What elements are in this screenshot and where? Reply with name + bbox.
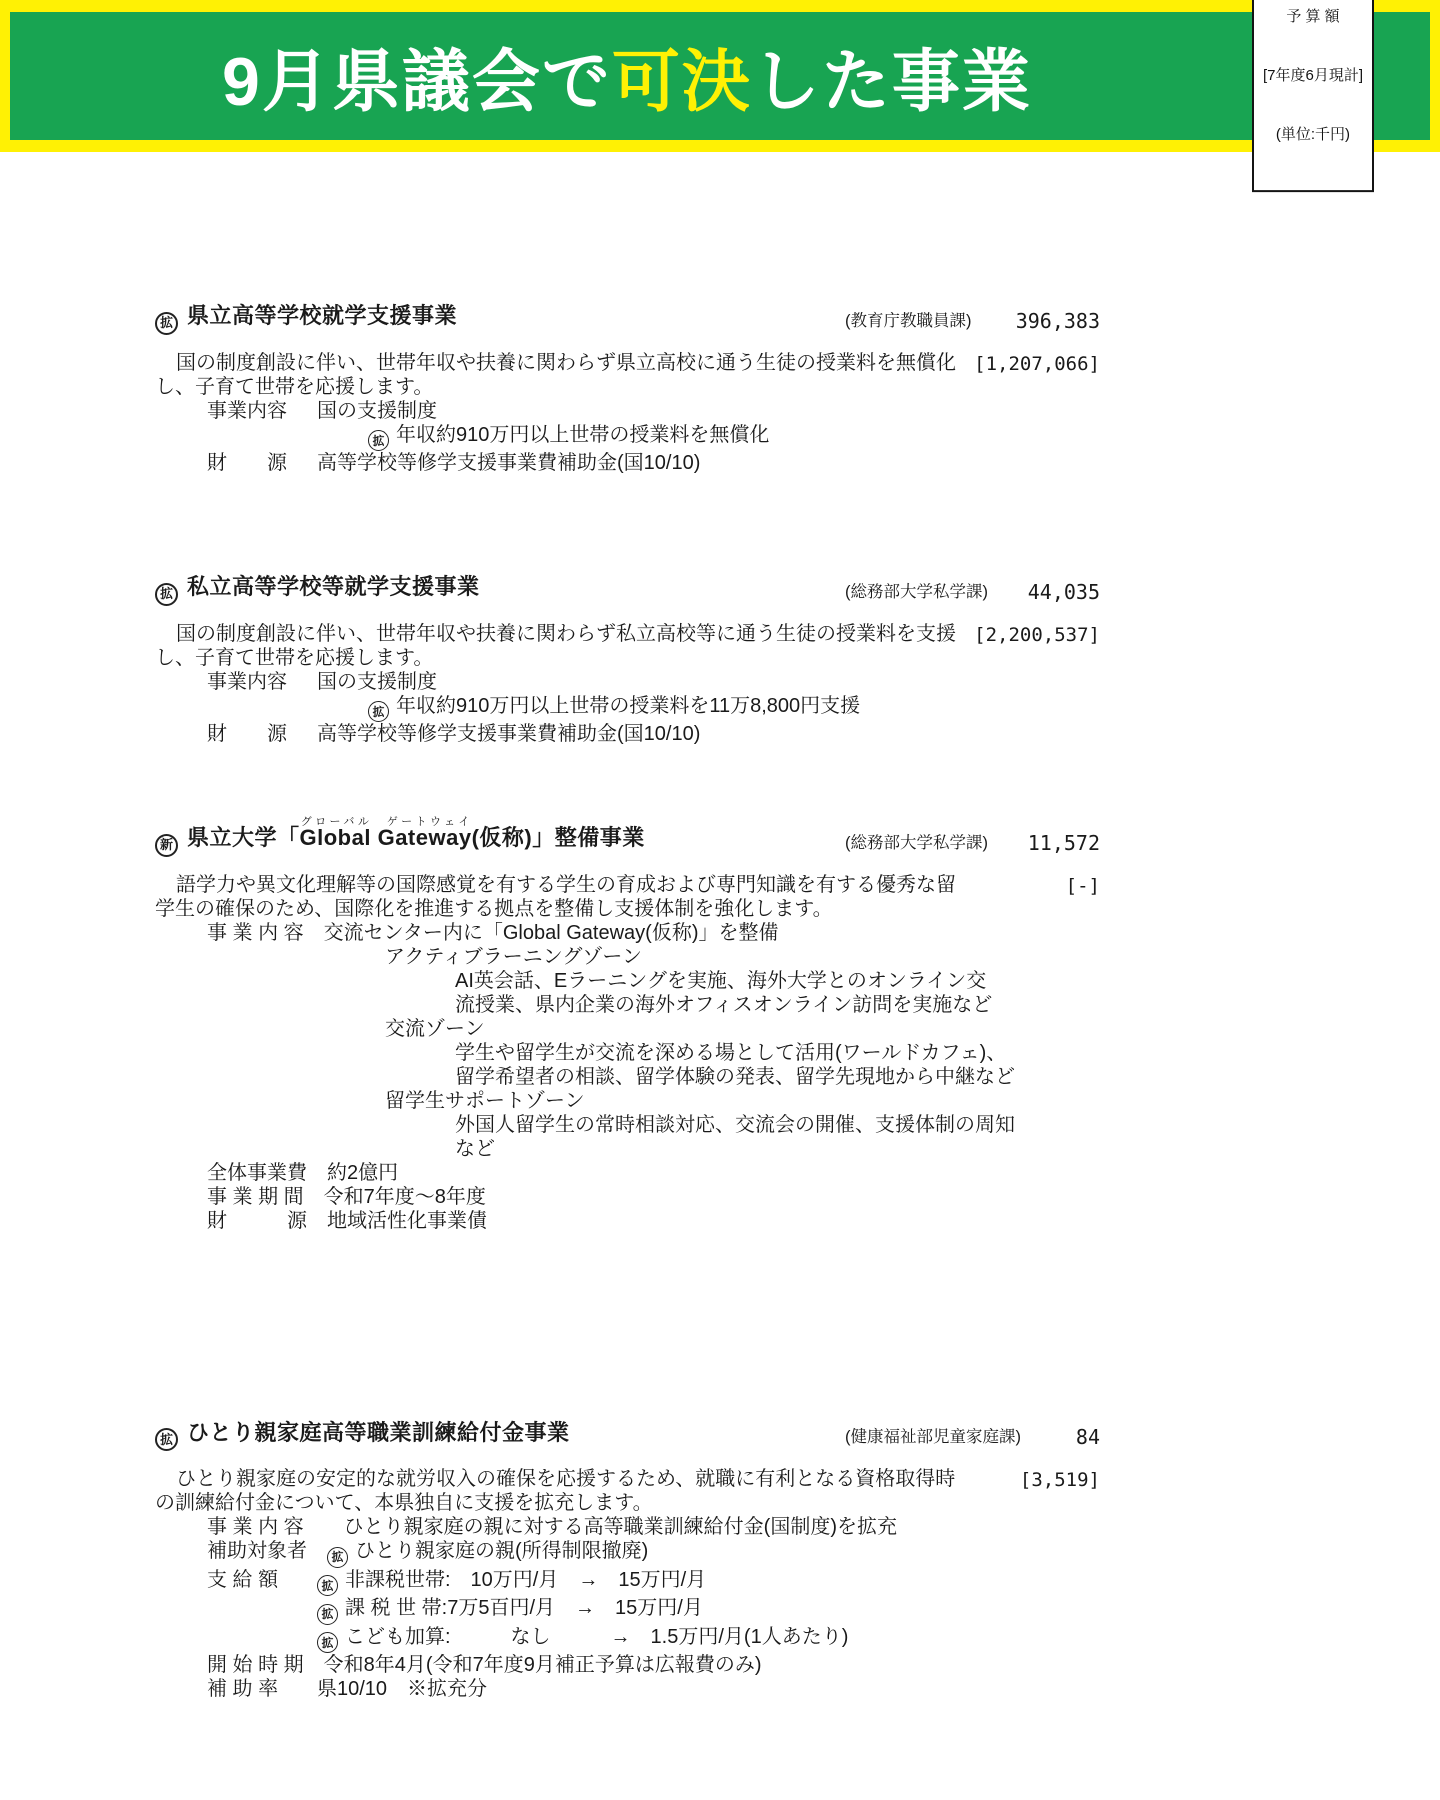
new-badge-icon: 新 [155,834,178,857]
page-title-highlight: 可決 [612,44,752,120]
field-value: 県10/10 ※拡充分 [317,1678,487,1700]
zone-detail: など [455,1137,1100,1161]
project-title: 県立高等学校就学支援事業 [187,303,457,328]
field-label: 支 給 額 [207,1568,317,1592]
project-title: 県立大学「Global Gatewayグローバル ゲートウェイ(仮称)」整備事業 [187,825,645,850]
field-line: 財 源 高等学校等修学支援事業費補助金(国10/10) [207,451,1100,475]
expand-badge-icon: 拡 [317,1604,338,1625]
prior-budget-amount: [-] [1066,874,1100,898]
budget-box-line1: 予 算 額 [1263,7,1363,27]
field-line: 支 給 額 拡非課税世帯: 10万円/月 → 15万円/月 [207,1568,1100,1597]
field-value: 高等学校等修学支援事業費補助金(国10/10) [317,723,700,745]
field-label: 財 源 [207,722,317,746]
department-name: (健康福祉部児童家庭課) [845,1425,1021,1449]
project-title-furigana: グローバル ゲートウェイ [300,816,472,828]
department-name: (総務部大学私学課) [845,831,988,855]
header-banner-frame: 9月県議会で可決した事業 予 算 額 [7年度6月現計] (単位:千円) [0,0,1440,152]
department-name: (教育庁教職員課) [845,309,972,333]
header-banner: 9月県議会で可決した事業 予 算 額 [7年度6月現計] (単位:千円) [10,12,1430,140]
description-line: の訓練給付金について、本県独自に支援を拡充します。 [155,1491,1100,1515]
expand-badge-icon: 拡 [327,1547,348,1568]
page-title-post: した事業 [752,44,1032,120]
project-title-row: 拡県立高等学校就学支援事業(教育庁教職員課)396,383 [155,304,1100,335]
zone-detail: 学生や留学生が交流を深める場として活用(ワールドカフェ)、 [455,1041,1100,1065]
field-line: 財 源 高等学校等修学支援事業費補助金(国10/10) [207,722,1100,746]
field-value: 国の支援制度 [317,400,437,422]
field-value: ひとり親家庭の親(所得制限撤廃) [355,1540,648,1562]
zone-detail: 外国人留学生の常時相談対応、交流会の開催、支援体制の周知 [455,1113,1100,1137]
project-title-ruby: Global Gatewayグローバル ゲートウェイ [300,825,472,850]
expand-badge-icon: 拡 [317,1632,338,1653]
field-label: 財 源 [207,1209,327,1233]
field-label: 事業内容 [207,399,317,423]
detail-line: 拡年収約910万円以上世帯の授業料を11万8,800円支援 [368,694,1100,723]
description-line: し、子育て世帯を応援します。 [155,646,1100,670]
field-label: 補助対象者 [207,1539,327,1563]
project-section-global-gateway: 新県立大学「Global Gatewayグローバル ゲートウェイ(仮称)」整備事… [155,816,1100,1233]
field-label: 事 業 内 容 [207,1515,344,1539]
budget-box-line3: (単位:千円) [1263,125,1363,145]
budget-amount: 396,383 [1016,309,1100,333]
detail-line: 拡こども加算: なし → 1.5万円/月(1人あたり) [317,1625,1100,1654]
field-line: 全体事業費 約2億円 [207,1161,1100,1185]
zone-detail: 留学希望者の相談、留学体験の発表、留学先現地から中継など [455,1065,1100,1089]
budget-amount: 11,572 [1028,831,1100,855]
field-line: 開 始 時 期 令和8年4月(令和7年度9月補正予算は広報費のみ) [207,1653,1100,1677]
zone-detail: 流授業、県内企業の海外オフィスオンライン訪問を実施など [455,993,1100,1017]
detail-line: 拡課 税 世 帯:7万5百円/月 → 15万円/月 [317,1596,1100,1625]
field-line: 事 業 内 容 ひとり親家庭の親に対する高等職業訓練給付金(国制度)を拡充 [207,1515,1100,1539]
field-label: 全体事業費 [207,1161,327,1185]
zone-heading: アクティブラーニングゾーン [385,945,1100,969]
field-value: 約2億円 [327,1162,398,1184]
field-value: ひとり親家庭の親に対する高等職業訓練給付金(国制度)を拡充 [344,1516,897,1538]
field-value: 地域活性化事業債 [327,1210,487,1232]
expand-badge-icon: 拡 [368,701,389,722]
prior-budget-amount: [1,207,066] [974,352,1100,376]
prior-budget-amount: [3,519] [1020,1468,1100,1492]
page-title: 9月県議会で可決した事業 [222,28,1032,125]
detail-text: 年収約910万円以上世帯の授業料を無償化 [396,424,769,446]
expand-badge-icon: 拡 [368,430,389,451]
field-line: 事業内容 国の支援制度 [207,670,1100,694]
project-title: ひとり親家庭高等職業訓練給付金事業 [187,1420,570,1445]
zone-heading: 交流ゾーン [385,1017,1100,1041]
expand-badge-icon: 拡 [317,1575,338,1596]
project-description: ひとり親家庭の安定的な就労収入の確保を応援するため、就職に有利となる資格取得時 … [155,1467,1100,1515]
field-label: 開 始 時 期 [207,1653,324,1677]
field-line: 財 源 地域活性化事業債 [207,1209,1100,1233]
project-section-kenritsu-koko: 拡県立高等学校就学支援事業(教育庁教職員課)396,383 国の制度創設に伴い、… [155,304,1100,475]
page-title-pre: 9月県議会で [222,44,612,120]
zone-heading: 留学生サポートゾーン [385,1089,1100,1113]
project-title-row: 新県立大学「Global Gatewayグローバル ゲートウェイ(仮称)」整備事… [155,816,1100,857]
budget-amount: 84 [1076,1425,1100,1449]
detail-text: こども加算: なし → 1.5万円/月(1人あたり) [345,1626,848,1648]
field-value: 国の支援制度 [317,671,437,693]
detail-text: 課 税 世 帯:7万5百円/月 → 15万円/月 [345,1597,703,1619]
expand-badge-icon: 拡 [155,1428,178,1451]
field-label: 事業内容 [207,670,317,694]
description-line: ひとり親家庭の安定的な就労収入の確保を応援するため、就職に有利となる資格取得時 [155,1467,1100,1491]
detail-line: 拡年収約910万円以上世帯の授業料を無償化 [368,423,1100,452]
project-section-hitorioya: 拡ひとり親家庭高等職業訓練給付金事業(健康福祉部児童家庭課)84 ひとり親家庭の… [155,1421,1100,1702]
department-name: (総務部大学私学課) [845,580,988,604]
budget-amount: 44,035 [1028,580,1100,604]
field-value: 高等学校等修学支援事業費補助金(国10/10) [317,452,700,474]
field-value: 非課税世帯: 10万円/月 → 15万円/月 [345,1569,706,1591]
project-title-row: 拡ひとり親家庭高等職業訓練給付金事業(健康福祉部児童家庭課)84 [155,1421,1100,1452]
description-line: 国の制度創設に伴い、世帯年収や扶養に関わらず県立高校に通う生徒の授業料を無償化 [155,351,1100,375]
description-line: し、子育て世帯を応援します。 [155,375,1100,399]
project-title-post: (仮称)」整備事業 [472,825,645,850]
field-label: 財 源 [207,451,317,475]
budget-box-line2: [7年度6月現計] [1263,66,1363,86]
field-line: 事 業 期 間 令和7年度〜8年度 [207,1185,1100,1209]
project-section-shiritsu-koko: 拡私立高等学校等就学支援事業(総務部大学私学課)44,035 国の制度創設に伴い… [155,575,1100,746]
description-line: 国の制度創設に伴い、世帯年収や扶養に関わらず私立高校等に通う生徒の授業料を支援 [155,622,1100,646]
field-line: 事業内容 国の支援制度 [207,399,1100,423]
expand-badge-icon: 拡 [155,583,178,606]
expand-badge-icon: 拡 [155,312,178,335]
field-value: 交流センター内に「Global Gateway(仮称)」を整備 [324,922,779,944]
prior-budget-amount: [2,200,537] [974,623,1100,647]
project-description: 国の制度創設に伴い、世帯年収や扶養に関わらず県立高校に通う生徒の授業料を無償化 … [155,351,1100,399]
field-line: 補助対象者 拡ひとり親家庭の親(所得制限撤廃) [207,1539,1100,1568]
project-title: 私立高等学校等就学支援事業 [187,574,480,599]
project-title-pre: 県立大学「 [187,825,300,850]
field-value: 令和8年4月(令和7年度9月補正予算は広報費のみ) [324,1654,762,1676]
zone-detail: AI英会話、Eラーニングを実施、海外大学とのオンライン交 [455,969,1100,993]
project-title-row: 拡私立高等学校等就学支援事業(総務部大学私学課)44,035 [155,575,1100,606]
detail-text: 年収約910万円以上世帯の授業料を11万8,800円支援 [396,695,860,717]
description-line: 学生の確保のため、国際化を推進する拠点を整備し支援体制を強化します。 [155,897,1100,921]
field-label: 事 業 期 間 [207,1185,324,1209]
project-description: 語学力や異文化理解等の国際感覚を有する学生の育成および専門知識を有する優秀な留 … [155,873,1100,921]
budget-unit-box: 予 算 額 [7年度6月現計] (単位:千円) [1252,0,1374,192]
field-value: 令和7年度〜8年度 [324,1186,486,1208]
description-line: 語学力や異文化理解等の国際感覚を有する学生の育成および専門知識を有する優秀な留 [155,873,1100,897]
project-title-ruby-base: Global Gateway [300,825,472,850]
field-line: 事 業 内 容 交流センター内に「Global Gateway(仮称)」を整備 [207,921,1100,945]
field-label: 事 業 内 容 [207,921,324,945]
field-line: 補 助 率 県10/10 ※拡充分 [207,1677,1100,1701]
project-description: 国の制度創設に伴い、世帯年収や扶養に関わらず私立高校等に通う生徒の授業料を支援 … [155,622,1100,670]
field-label: 補 助 率 [207,1677,317,1701]
